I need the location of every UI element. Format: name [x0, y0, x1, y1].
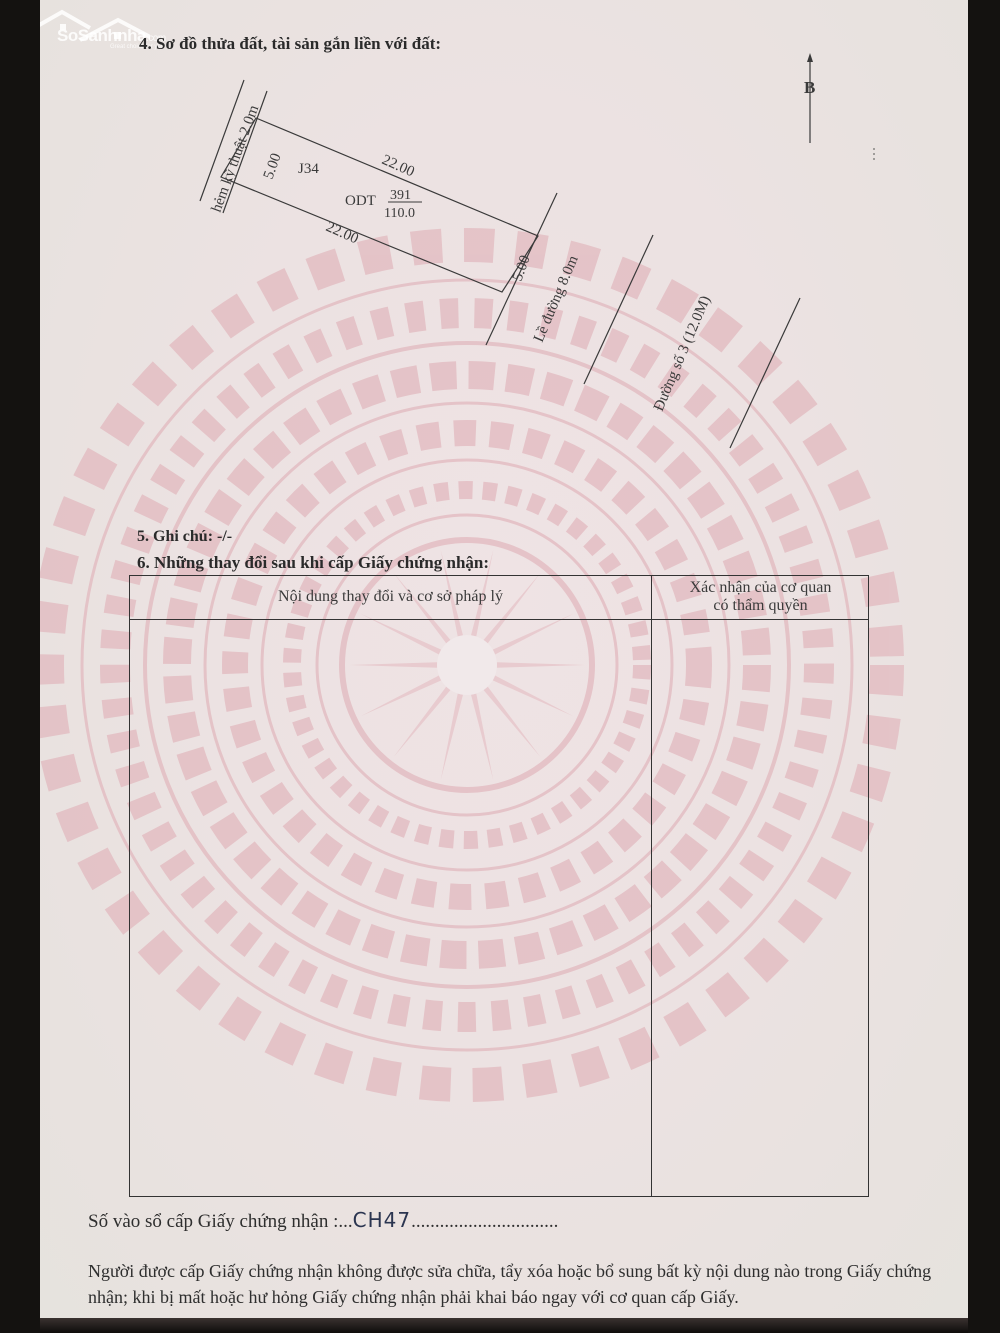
land-type-label: ODT	[345, 193, 376, 209]
right-width-label: 5.00	[510, 253, 534, 283]
road-line-left	[584, 235, 653, 384]
registry-handwritten-value: CH47	[353, 1208, 411, 1232]
registry-dots: ...............................	[411, 1211, 558, 1232]
content-cell	[130, 621, 651, 1196]
confirmation-cell	[653, 621, 868, 1196]
north-label: B	[804, 78, 815, 97]
registry-label: Số vào sổ cấp Giấy chứng nhận :...	[88, 1211, 353, 1232]
section-5-title: 5. Ghi chú: -/-	[137, 528, 232, 546]
parcel-number: 391	[390, 188, 411, 203]
top-length-label: 22.00	[379, 152, 416, 180]
road-label: Đường số 3 (12.0M)	[651, 294, 714, 414]
bottom-length-label: 22.00	[323, 219, 360, 247]
section-6-title: 6. Những thay đổi sau khi cấp Giấy chứng…	[137, 553, 489, 573]
left-width-label: 5.00	[261, 151, 285, 181]
certificate-page: SoSanhnha.com Great choice for you 4. Sơ…	[40, 0, 968, 1326]
parcel-diagram: B hẻm kỹ thuật 2.0m 5.00 22.00 22.00 5.0…	[40, 0, 968, 520]
road-line-right	[730, 298, 800, 448]
registry-number-line: Số vào sổ cấp Giấy chứng nhận :...CH47..…	[88, 1208, 558, 1233]
paper-edge-shadow	[40, 1318, 968, 1333]
parcel-area: 110.0	[384, 206, 415, 221]
legal-notice: Người được cấp Giấy chứng nhận không đượ…	[88, 1258, 938, 1310]
north-arrow-icon	[807, 53, 813, 62]
changes-table: Nội dung thay đổi và cơ sở pháp lý Xác n…	[129, 575, 869, 1197]
alley-label: hẻm kỹ thuật 2.0m	[209, 103, 263, 214]
column-header-confirmation: Xác nhận của cơ quan có thẩm quyền	[653, 579, 868, 615]
block-label: J34	[298, 161, 319, 177]
column-header-content: Nội dung thay đổi và cơ sở pháp lý	[130, 588, 651, 606]
parcel-outline	[221, 118, 538, 292]
sidewalk-label: Lề đường 8.0m	[531, 253, 582, 345]
